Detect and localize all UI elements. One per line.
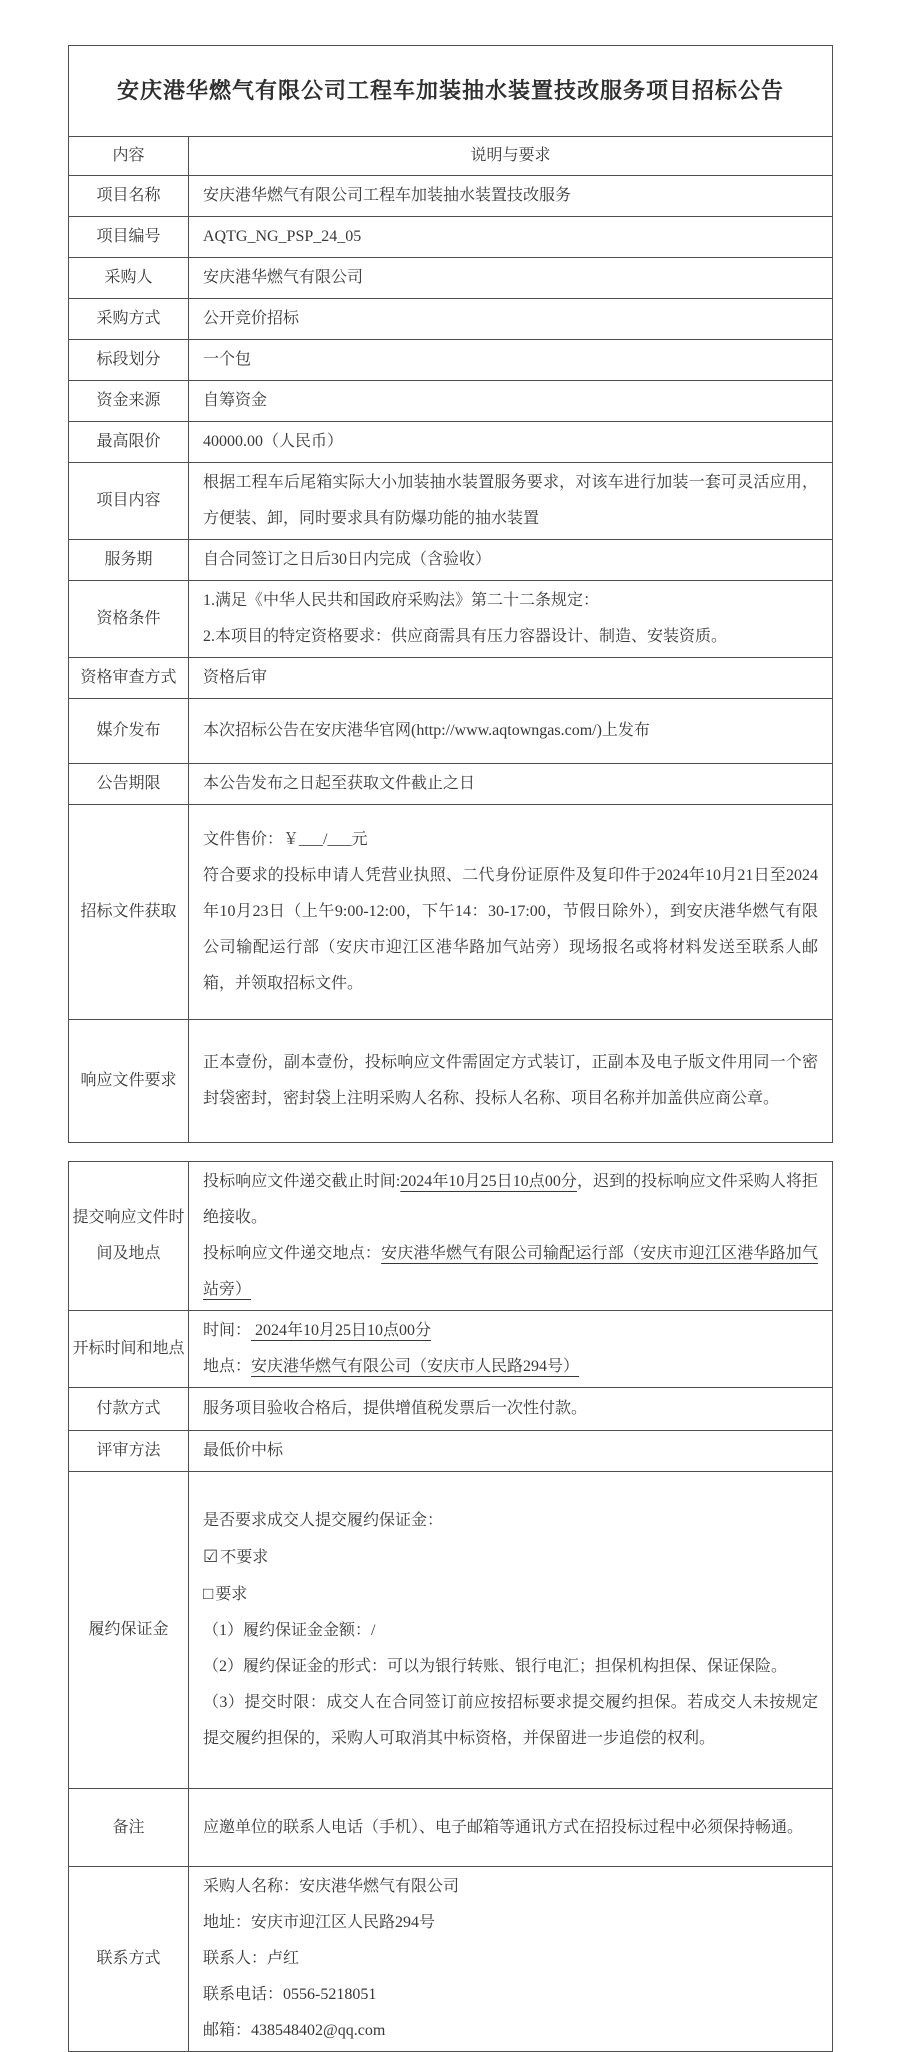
- option-no-label: 不要求: [220, 1549, 268, 1566]
- row-label: 采购人: [69, 258, 189, 299]
- row-label: 提交响应文件时间及地点: [69, 1162, 189, 1311]
- submission-place-line: 投标响应文件递交地点：安庆港华燃气有限公司输配运行部（安庆市迎江区港华路加气站旁…: [203, 1236, 818, 1308]
- header-row: 内容 说明与要求: [69, 137, 833, 176]
- row-value: 正本壹份，副本壹份，投标响应文件需固定方式装订，正副本及电子版文件用同一个密封袋…: [189, 1020, 833, 1143]
- announcement-secondary-table: 提交响应文件时间及地点 投标响应文件递交截止时间:2024年10月25日10点0…: [68, 1161, 833, 2052]
- row-project-number: 项目编号 AQTG_NG_PSP_24_05: [69, 217, 833, 258]
- row-value: 安庆港华燃气有限公司: [189, 258, 833, 299]
- row-label: 项目编号: [69, 217, 189, 258]
- row-contact-info: 联系方式 采购人名称：安庆港华燃气有限公司 地址：安庆市迎江区人民路294号 联…: [69, 1867, 833, 2052]
- row-lot-division: 标段划分 一个包: [69, 340, 833, 381]
- row-label: 响应文件要求: [69, 1020, 189, 1143]
- row-label: 招标文件获取: [69, 805, 189, 1020]
- place-value: 安庆港华燃气有限公司（安庆市人民路294号）: [251, 1358, 579, 1375]
- row-value: 40000.00（人民币）: [189, 422, 833, 463]
- row-label: 资金来源: [69, 381, 189, 422]
- title-row: 安庆港华燃气有限公司工程车加装抽水装置技改服务项目招标公告: [69, 46, 833, 137]
- column-header-requirement: 说明与要求: [189, 137, 833, 176]
- row-qualification-review: 资格审查方式 资格后审: [69, 658, 833, 699]
- time-prefix: 时间：: [203, 1322, 251, 1339]
- row-bid-opening: 开标时间和地点 时间： 2024年10月25日10点00分 地点：安庆港华燃气有…: [69, 1311, 833, 1388]
- row-value: 时间： 2024年10月25日10点00分 地点：安庆港华燃气有限公司（安庆市人…: [189, 1311, 833, 1388]
- document-price-line: 文件售价：￥___/___元: [203, 822, 818, 858]
- row-service-period: 服务期 自合同签订之日后30日内完成（含验收）: [69, 540, 833, 581]
- place-prefix: 投标响应文件递交地点：: [203, 1245, 381, 1262]
- row-value: 公开竞价招标: [189, 299, 833, 340]
- row-value: 投标响应文件递交截止时间:2024年10月25日10点00分，迟到的投标响应文件…: [189, 1162, 833, 1311]
- announcement-main-table: 安庆港华燃气有限公司工程车加装抽水装置技改服务项目招标公告 内容 说明与要求 项…: [68, 45, 833, 1143]
- bid-announcement-page: 安庆港华燃气有限公司工程车加装抽水装置技改服务项目招标公告 内容 说明与要求 项…: [0, 0, 900, 2052]
- row-value: AQTG_NG_PSP_24_05: [189, 217, 833, 258]
- row-value: 根据工程车后尾箱实际大小加装抽水装置服务要求，对该车进行加装一套可灵活应用，方便…: [189, 463, 833, 540]
- row-project-name: 项目名称 安庆港华燃气有限公司工程车加装抽水装置技改服务: [69, 176, 833, 217]
- deadline-value: 2024年10月25日10点00分: [400, 1173, 577, 1190]
- row-max-price: 最高限价 40000.00（人民币）: [69, 422, 833, 463]
- row-announcement-period: 公告期限 本公告发布之日起至获取文件截止之日: [69, 764, 833, 805]
- row-label: 公告期限: [69, 764, 189, 805]
- row-label: 联系方式: [69, 1867, 189, 2052]
- contact-purchaser-name: 采购人名称：安庆港华燃气有限公司: [203, 1869, 818, 1905]
- guarantee-option-no: ☑不要求: [203, 1539, 818, 1576]
- row-label: 最高限价: [69, 422, 189, 463]
- place-prefix: 地点：: [203, 1358, 251, 1375]
- unchecked-checkbox-icon: □: [203, 1576, 213, 1612]
- row-value: 本公告发布之日起至获取文件截止之日: [189, 764, 833, 805]
- row-label: 评审方法: [69, 1431, 189, 1472]
- row-label: 资格条件: [69, 581, 189, 658]
- contact-phone: 联系电话：0556-5218051: [203, 1977, 818, 2013]
- row-project-content: 项目内容 根据工程车后尾箱实际大小加装抽水装置服务要求，对该车进行加装一套可灵活…: [69, 463, 833, 540]
- time-value: 2024年10月25日10点00分: [251, 1322, 431, 1339]
- row-value: 一个包: [189, 340, 833, 381]
- row-value: 安庆港华燃气有限公司工程车加装抽水装置技改服务: [189, 176, 833, 217]
- row-label: 履约保证金: [69, 1472, 189, 1789]
- guarantee-item-1: （1）履约保证金金额：/: [203, 1613, 818, 1649]
- row-submission-time-place: 提交响应文件时间及地点 投标响应文件递交截止时间:2024年10月25日10点0…: [69, 1162, 833, 1311]
- row-value: 最低价中标: [189, 1431, 833, 1472]
- row-label: 资格审查方式: [69, 658, 189, 699]
- qualification-line-2: 2.本项目的特定资格要求：供应商需具有压力容器设计、制造、安装资质。: [203, 619, 818, 655]
- row-label: 备注: [69, 1789, 189, 1867]
- row-value: 服务项目验收合格后，提供增值税发票后一次性付款。: [189, 1388, 833, 1431]
- contact-address: 地址：安庆市迎江区人民路294号: [203, 1905, 818, 1941]
- row-performance-guarantee: 履约保证金 是否要求成交人提交履约保证金： ☑不要求 □要求 （1）履约保证金金…: [69, 1472, 833, 1789]
- contact-person: 联系人：卢红: [203, 1941, 818, 1977]
- row-label: 项目名称: [69, 176, 189, 217]
- row-purchaser: 采购人 安庆港华燃气有限公司: [69, 258, 833, 299]
- opening-place-line: 地点：安庆港华燃气有限公司（安庆市人民路294号）: [203, 1349, 818, 1385]
- row-document-obtain: 招标文件获取 文件售价：￥___/___元 符合要求的投标申请人凭营业执照、二代…: [69, 805, 833, 1020]
- document-obtain-detail: 符合要求的投标申请人凭营业执照、二代身份证原件及复印件于2024年10月21日至…: [203, 858, 818, 1002]
- qualification-line-1: 1.满足《中华人民共和国政府采购法》第二十二条规定：: [203, 583, 818, 619]
- row-value: 自筹资金: [189, 381, 833, 422]
- guarantee-item-2: （2）履约保证金的形式：可以为银行转账、银行电汇；担保机构担保、保证保险。: [203, 1649, 818, 1685]
- row-label: 服务期: [69, 540, 189, 581]
- row-label: 项目内容: [69, 463, 189, 540]
- row-label: 采购方式: [69, 299, 189, 340]
- option-yes-label: 要求: [215, 1586, 247, 1603]
- row-label: 付款方式: [69, 1388, 189, 1431]
- row-fund-source: 资金来源 自筹资金: [69, 381, 833, 422]
- row-payment-method: 付款方式 服务项目验收合格后，提供增值税发票后一次性付款。: [69, 1388, 833, 1431]
- row-label: 开标时间和地点: [69, 1311, 189, 1388]
- row-procurement-method: 采购方式 公开竞价招标: [69, 299, 833, 340]
- row-response-doc-requirement: 响应文件要求 正本壹份，副本壹份，投标响应文件需固定方式装订，正副本及电子版文件…: [69, 1020, 833, 1143]
- row-value: 本次招标公告在安庆港华官网(http://www.aqtowngas.com/)…: [189, 699, 833, 764]
- row-value: 应邀单位的联系人电话（手机）、电子邮箱等通讯方式在招投标过程中必须保持畅通。: [189, 1789, 833, 1867]
- deadline-prefix: 投标响应文件递交截止时间:: [203, 1173, 400, 1190]
- guarantee-question: 是否要求成交人提交履约保证金：: [203, 1503, 818, 1539]
- row-qualification: 资格条件 1.满足《中华人民共和国政府采购法》第二十二条规定： 2.本项目的特定…: [69, 581, 833, 658]
- submission-deadline-line: 投标响应文件递交截止时间:2024年10月25日10点00分，迟到的投标响应文件…: [203, 1164, 818, 1236]
- row-value: 是否要求成交人提交履约保证金： ☑不要求 □要求 （1）履约保证金金额：/ （2…: [189, 1472, 833, 1789]
- checked-checkbox-icon: ☑: [203, 1539, 218, 1575]
- row-evaluation-method: 评审方法 最低价中标: [69, 1431, 833, 1472]
- row-value: 资格后审: [189, 658, 833, 699]
- column-header-content: 内容: [69, 137, 189, 176]
- row-value: 采购人名称：安庆港华燃气有限公司 地址：安庆市迎江区人民路294号 联系人：卢红…: [189, 1867, 833, 2052]
- guarantee-item-3: （3）提交时限：成交人在合同签订前应按招标要求提交履约担保。若成交人未按规定提交…: [203, 1685, 818, 1757]
- row-label: 媒介发布: [69, 699, 189, 764]
- row-value: 自合同签订之日后30日内完成（含验收）: [189, 540, 833, 581]
- row-remarks: 备注 应邀单位的联系人电话（手机）、电子邮箱等通讯方式在招投标过程中必须保持畅通…: [69, 1789, 833, 1867]
- row-value: 1.满足《中华人民共和国政府采购法》第二十二条规定： 2.本项目的特定资格要求：…: [189, 581, 833, 658]
- page-title: 安庆港华燃气有限公司工程车加装抽水装置技改服务项目招标公告: [69, 46, 833, 137]
- row-media-release: 媒介发布 本次招标公告在安庆港华官网(http://www.aqtowngas.…: [69, 699, 833, 764]
- guarantee-option-yes: □要求: [203, 1576, 818, 1613]
- row-value: 文件售价：￥___/___元 符合要求的投标申请人凭营业执照、二代身份证原件及复…: [189, 805, 833, 1020]
- opening-time-line: 时间： 2024年10月25日10点00分: [203, 1313, 818, 1349]
- row-label: 标段划分: [69, 340, 189, 381]
- contact-email: 邮箱：438548402@qq.com: [203, 2013, 818, 2049]
